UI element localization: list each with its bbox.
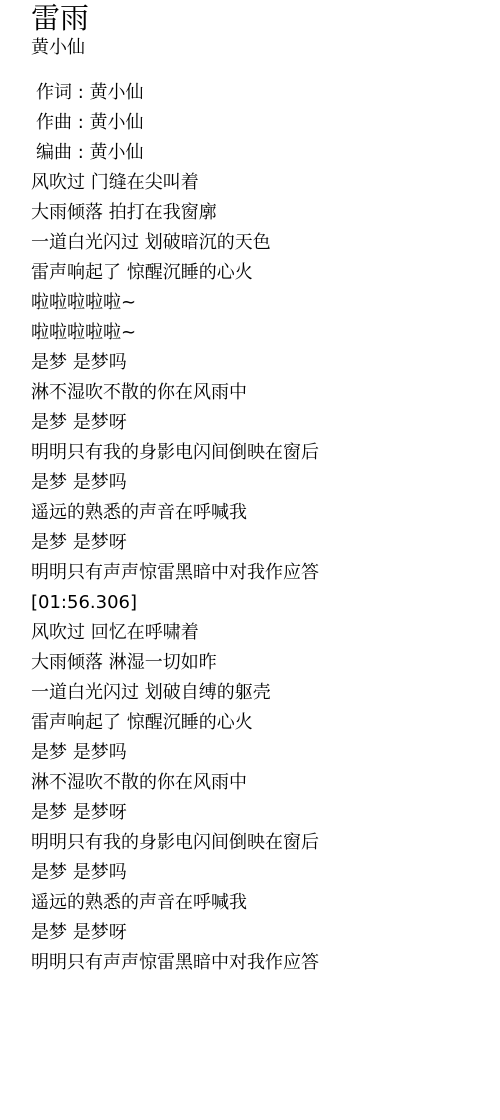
lyric-line: 一道白光闪过 划破自缚的躯壳 bbox=[31, 678, 500, 708]
lyrics-page: 雷雨 黄小仙 作词 : 黄小仙 作曲 : 黄小仙 编曲 : 黄小仙 风吹过 门缝… bbox=[0, 0, 500, 978]
lyric-line: 啦啦啦啦啦~ bbox=[31, 318, 500, 348]
lyric-line: 是梦 是梦吗 bbox=[31, 348, 500, 378]
lyric-line: 是梦 是梦吗 bbox=[31, 468, 500, 498]
lyric-line: 雷声响起了 惊醒沉睡的心火 bbox=[31, 708, 500, 738]
credit-composer: 作曲 : 黄小仙 bbox=[31, 108, 500, 138]
lyric-line: 淋不湿吹不散的你在风雨中 bbox=[31, 378, 500, 408]
lyric-line: 是梦 是梦吗 bbox=[31, 858, 500, 888]
lyric-line: 大雨倾落 拍打在我窗廓 bbox=[31, 198, 500, 228]
lyric-line: 明明只有声声惊雷黑暗中对我作应答 bbox=[31, 948, 500, 978]
lyric-line: 是梦 是梦呀 bbox=[31, 918, 500, 948]
lyric-line: 明明只有我的身影电闪间倒映在窗后 bbox=[31, 828, 500, 858]
artist-name: 黄小仙 bbox=[31, 36, 500, 66]
credit-lyricist: 作词 : 黄小仙 bbox=[31, 78, 500, 108]
lyric-line: 风吹过 门缝在尖叫着 bbox=[31, 168, 500, 198]
lyric-line: 一道白光闪过 划破暗沉的天色 bbox=[31, 228, 500, 258]
lyric-line: 明明只有我的身影电闪间倒映在窗后 bbox=[31, 438, 500, 468]
timestamp-line: [01:56.306] bbox=[31, 588, 500, 618]
lyric-line: 啦啦啦啦啦~ bbox=[31, 288, 500, 318]
lyric-line: 是梦 是梦呀 bbox=[31, 528, 500, 558]
lyric-line: 是梦 是梦吗 bbox=[31, 738, 500, 768]
lyric-line: 明明只有声声惊雷黑暗中对我作应答 bbox=[31, 558, 500, 588]
lyric-line: 大雨倾落 淋湿一切如昨 bbox=[31, 648, 500, 678]
lyric-line: 是梦 是梦呀 bbox=[31, 798, 500, 828]
lyric-line: 风吹过 回忆在呼啸着 bbox=[31, 618, 500, 648]
lyric-line: 淋不湿吹不散的你在风雨中 bbox=[31, 768, 500, 798]
song-title: 雷雨 bbox=[31, 0, 500, 36]
lyric-line: 遥远的熟悉的声音在呼喊我 bbox=[31, 498, 500, 528]
lyric-line: 是梦 是梦呀 bbox=[31, 408, 500, 438]
lyrics-body: 作词 : 黄小仙 作曲 : 黄小仙 编曲 : 黄小仙 风吹过 门缝在尖叫着 大雨… bbox=[31, 78, 500, 978]
lyric-line: 遥远的熟悉的声音在呼喊我 bbox=[31, 888, 500, 918]
credit-arranger: 编曲 : 黄小仙 bbox=[31, 138, 500, 168]
lyric-line: 雷声响起了 惊醒沉睡的心火 bbox=[31, 258, 500, 288]
